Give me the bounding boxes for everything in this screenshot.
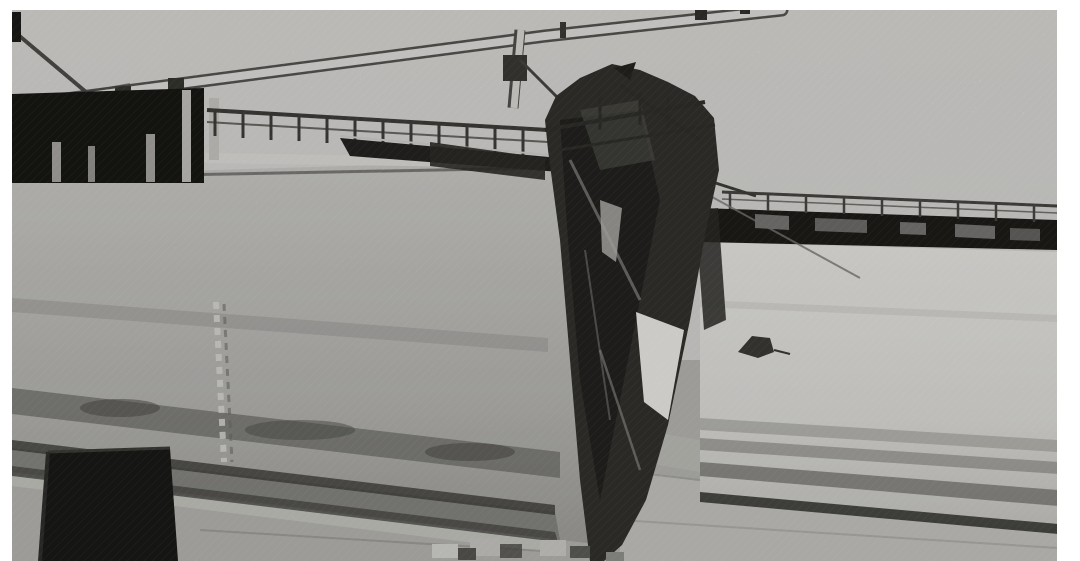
page	[0, 0, 1080, 561]
scan-hatch-overlay	[12, 10, 1057, 561]
ship-fracture-photograph	[0, 0, 1080, 561]
photo-canvas	[0, 0, 1080, 561]
